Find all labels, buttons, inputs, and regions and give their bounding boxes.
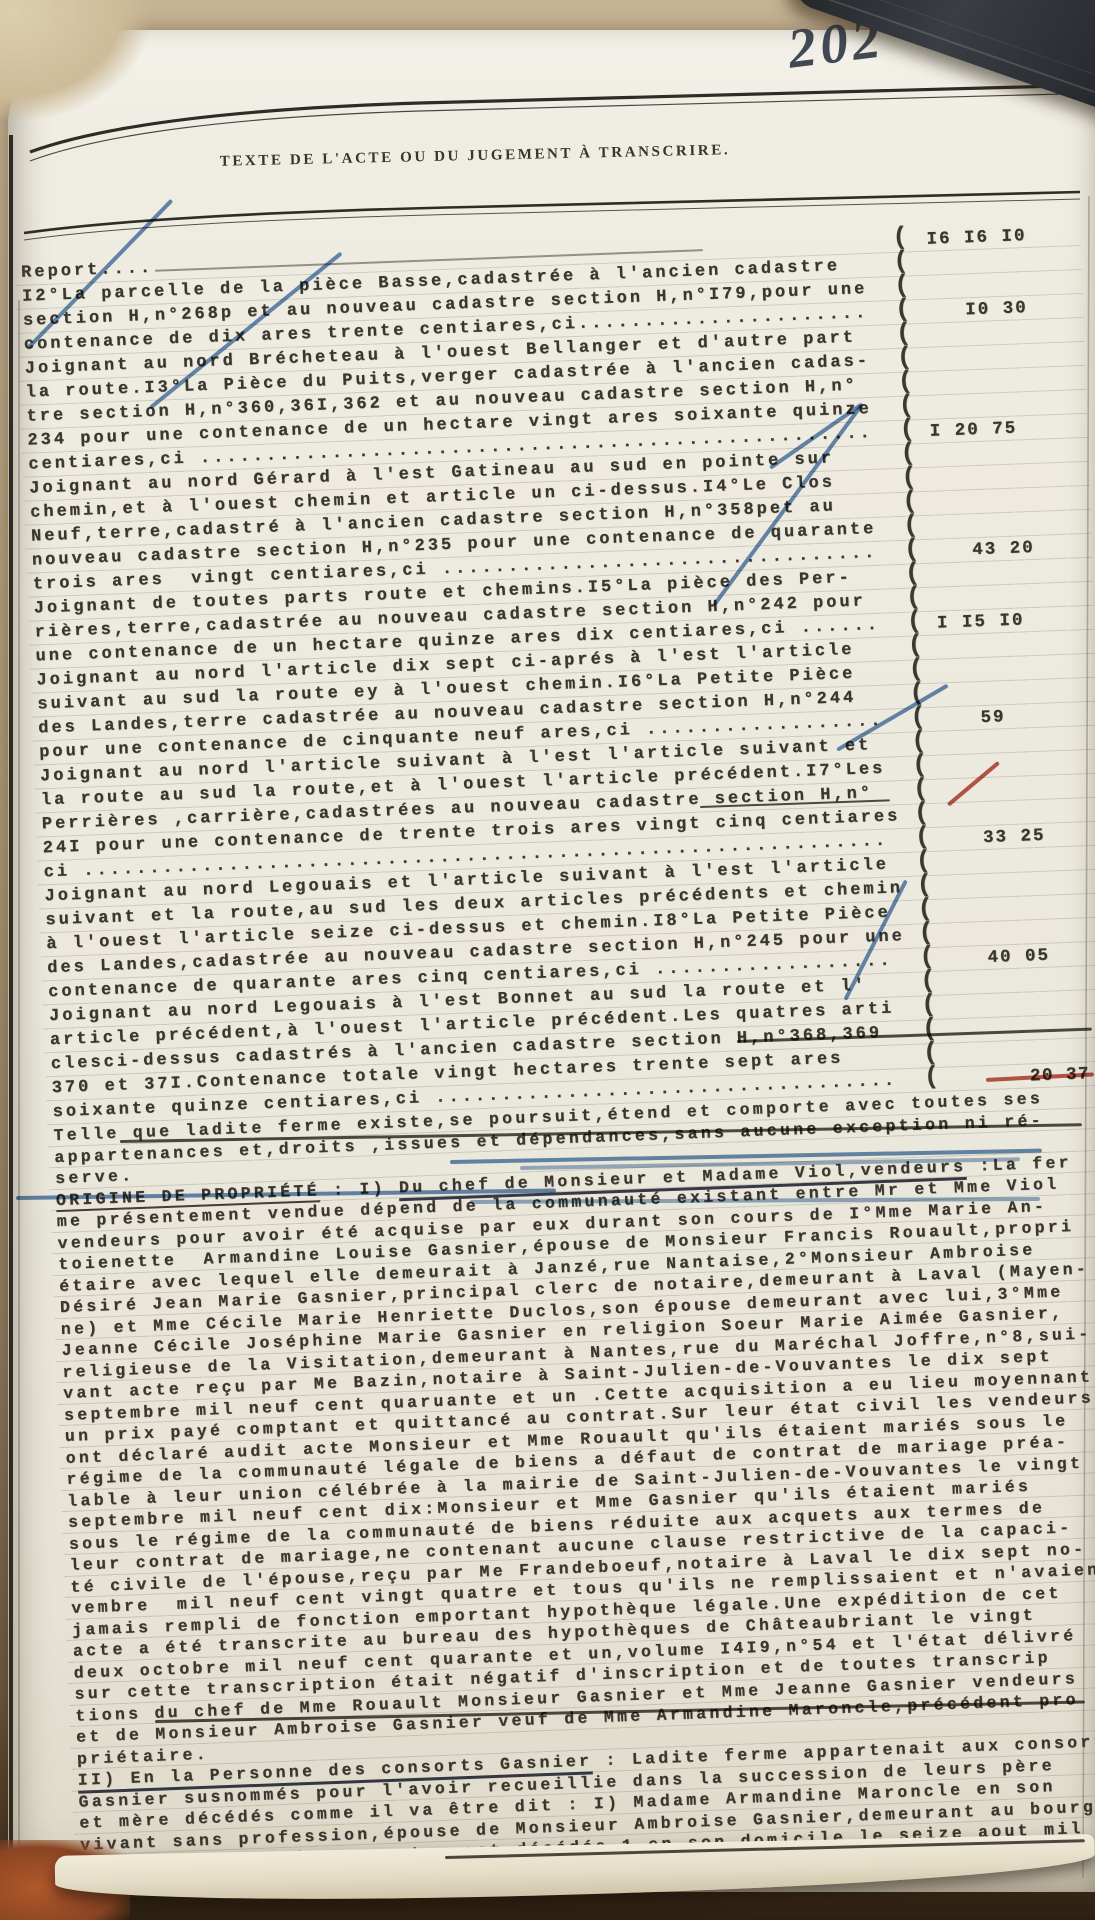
- typed-line-text: serve.: [49, 1166, 135, 1188]
- amount-value: 59: [980, 705, 1006, 730]
- column-brace-icon: (: [924, 1065, 940, 1090]
- typed-line-text: Report....: [15, 259, 154, 283]
- amount-value: 40 05: [987, 944, 1050, 970]
- amount-value: I 20 75: [929, 417, 1017, 444]
- typed-text-block: Report....(I6 I6 I0I2°La parcelle de la …: [15, 222, 1095, 1899]
- text-segment: Report....: [21, 259, 154, 283]
- text-segment: : I): [319, 1178, 399, 1200]
- amount-value: I I5 I0: [937, 608, 1025, 635]
- text-segment: serve.: [55, 1166, 135, 1188]
- text-segment: :La fer: [966, 1152, 1072, 1175]
- amount-value: 43 20: [972, 536, 1035, 562]
- amount-value: 33 25: [983, 824, 1046, 850]
- amount-value: I0 30: [965, 296, 1028, 322]
